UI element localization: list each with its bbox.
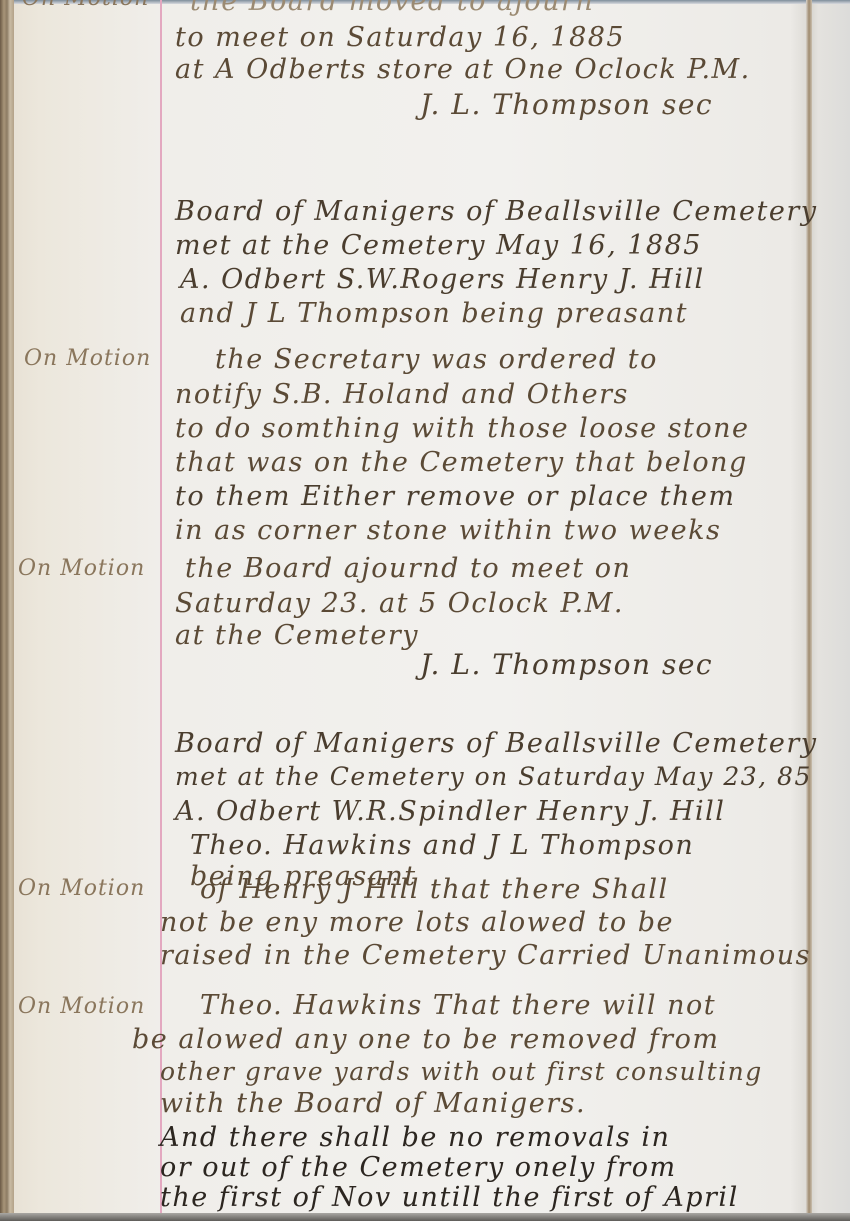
heading-line: Board of Manigers of Beallsville Cemeter…	[175, 196, 817, 227]
text-line: to them Either remove or place them	[175, 481, 735, 512]
heading-line: and J L Thompson being preasant	[180, 298, 688, 329]
text-line: that was on the Cemetery that belong	[175, 447, 748, 478]
signature: J. L. Thompson sec	[420, 648, 713, 681]
text-line: the first of Nov untill the first of Apr…	[160, 1182, 739, 1213]
heading-line: met at the Cemetery on Saturday May 23, …	[175, 762, 812, 791]
text-line: at A Odberts store at One Oclock P.M.	[175, 54, 751, 85]
text-line: at the Cemetery	[175, 620, 419, 651]
text-line: the Board moved to ajourn	[190, 0, 594, 17]
text-line: of Henry J Hill that there Shall	[200, 874, 669, 905]
text-line: to meet on Saturday 16, 1885	[175, 22, 625, 53]
page-fold	[806, 0, 812, 1221]
text-line: Theo. Hawkins That there will not	[200, 990, 716, 1021]
text-line: or out of the Cemetery onely from	[160, 1152, 677, 1183]
margin-note: On Motion	[18, 994, 145, 1019]
text-line: to do somthing with those loose stone	[175, 413, 750, 444]
ledger-page: On Motion the Board moved to ajourn to m…	[0, 0, 850, 1221]
heading-line: A. Odbert S.W.Rogers Henry J. Hill	[180, 264, 705, 295]
text-line: not be eny more lots alowed to be	[160, 907, 674, 938]
page-bottom-edge	[0, 1213, 850, 1221]
text-line: raised in the Cemetery Carried Unanimous	[160, 940, 811, 971]
heading-line: Board of Manigers of Beallsville Cemeter…	[175, 728, 817, 759]
text-line: with the Board of Manigers.	[160, 1088, 586, 1119]
margin-note: On Motion	[18, 876, 145, 901]
text-line: Saturday 23. at 5 Oclock P.M.	[175, 588, 624, 619]
text-line: the Board ajournd to meet on	[185, 553, 631, 584]
heading-line: Theo. Hawkins and J L Thompson	[190, 830, 694, 861]
margin-note: On Motion	[24, 346, 151, 371]
page-edge-stack	[0, 0, 14, 1221]
text-line: the Secretary was ordered to	[215, 344, 658, 375]
margin-note: On Motion	[18, 556, 145, 581]
heading-line: A. Odbert W.R.Spindler Henry J. Hill	[175, 796, 725, 827]
text-line: in as corner stone within two weeks	[175, 515, 721, 546]
text-line: notify S.B. Holand and Others	[175, 379, 629, 410]
text-line: And there shall be no removals in	[160, 1122, 670, 1153]
text-line: other grave yards with out first consult…	[160, 1057, 763, 1086]
margin-note: On Motion	[22, 0, 149, 11]
heading-line: met at the Cemetery May 16, 1885	[175, 230, 702, 261]
text-line: be alowed any one to be removed from	[132, 1024, 719, 1055]
signature: J. L. Thompson sec	[420, 88, 713, 121]
